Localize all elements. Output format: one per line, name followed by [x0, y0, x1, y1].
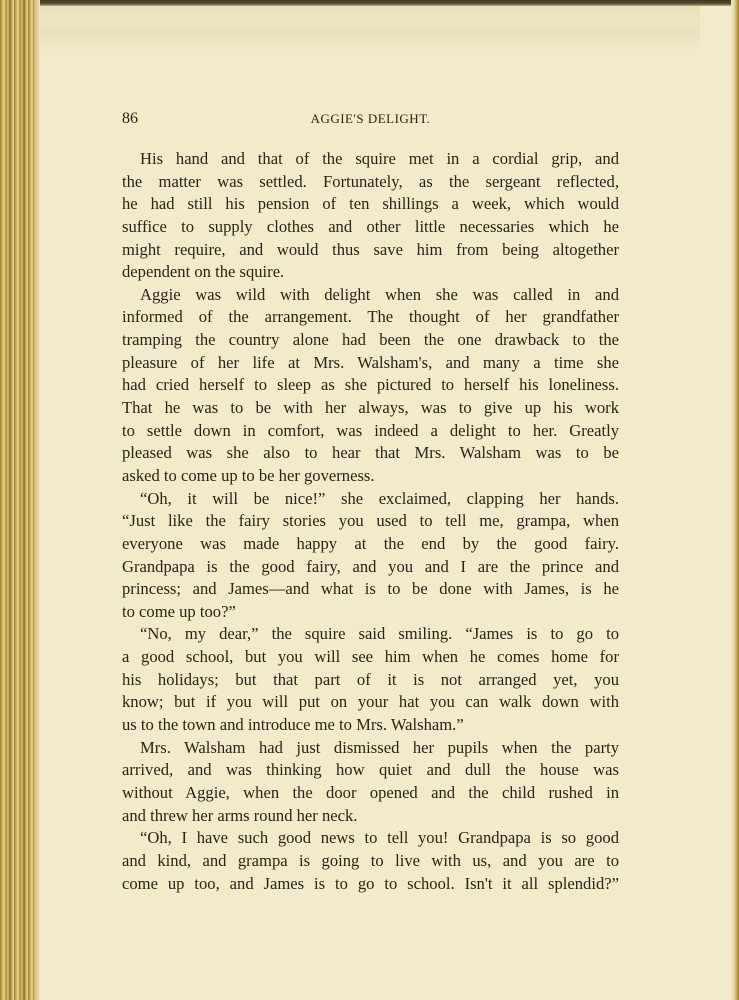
text-line: us to the town and introduce me to Mrs. … — [122, 714, 619, 737]
book-page-edge-right — [731, 0, 739, 1000]
text-line: know; but if you will put on your hat yo… — [122, 691, 619, 714]
text-line: That he was to be with her always, was t… — [122, 397, 619, 420]
text-line: and threw her arms round her neck. — [122, 805, 619, 828]
text-line: a good school, but you will see him when… — [122, 646, 619, 669]
text-line: had cried herself to sleep as she pictur… — [122, 374, 619, 397]
text-line: pleased was she also to hear that Mrs. W… — [122, 442, 619, 465]
text-line: His hand and that of the squire met in a… — [122, 148, 619, 171]
text-line: Mrs. Walsham had just dismissed her pupi… — [122, 737, 619, 760]
text-line: “Oh, it will be nice!” she exclaimed, cl… — [122, 488, 619, 511]
text-line: he had still his pension of ten shilling… — [122, 193, 619, 216]
text-line: Aggie was wild with delight when she was… — [122, 284, 619, 307]
text-line: arrived, and was thinking how quiet and … — [122, 759, 619, 782]
text-line: pleasure of her life at Mrs. Walsham's, … — [122, 352, 619, 375]
page-header: 86 AGGIE'S DELIGHT. — [122, 110, 619, 130]
text-line: princess; and James—and what is to be do… — [122, 578, 619, 601]
text-line: suffice to supply clothes and other litt… — [122, 216, 619, 239]
running-title: AGGIE'S DELIGHT. — [122, 111, 619, 127]
text-line: without Aggie, when the door opened and … — [122, 782, 619, 805]
body-text: His hand and that of the squire met in a… — [122, 148, 619, 895]
text-line: might require, and would thus save him f… — [122, 239, 619, 262]
text-line: the matter was settled. Fortunately, as … — [122, 171, 619, 194]
text-line: everyone was made happy at the end by th… — [122, 533, 619, 556]
text-line: Grandpapa is the good fairy, and you and… — [122, 556, 619, 579]
text-line: tramping the country alone had been the … — [122, 329, 619, 352]
text-line: “Oh, I have such good news to tell you! … — [122, 827, 619, 850]
text-line: dependent on the squire. — [122, 261, 619, 284]
text-line: to come up too?” — [122, 601, 619, 624]
text-line: to settle down in comfort, was indeed a … — [122, 420, 619, 443]
text-line: informed of the arrangement. The thought… — [122, 306, 619, 329]
text-line: “No, my dear,” the squire said smiling. … — [122, 623, 619, 646]
text-line: come up too, and James is to go to schoo… — [122, 873, 619, 896]
scan-top-band — [40, 6, 700, 50]
text-line: asked to come up to be her governess. — [122, 465, 619, 488]
text-line: “Just like the fairy stories you used to… — [122, 510, 619, 533]
text-line: and kind, and grampa is going to live wi… — [122, 850, 619, 873]
text-line: his holidays; but that part of it is not… — [122, 669, 619, 692]
book-page-edges-left — [0, 0, 40, 1000]
